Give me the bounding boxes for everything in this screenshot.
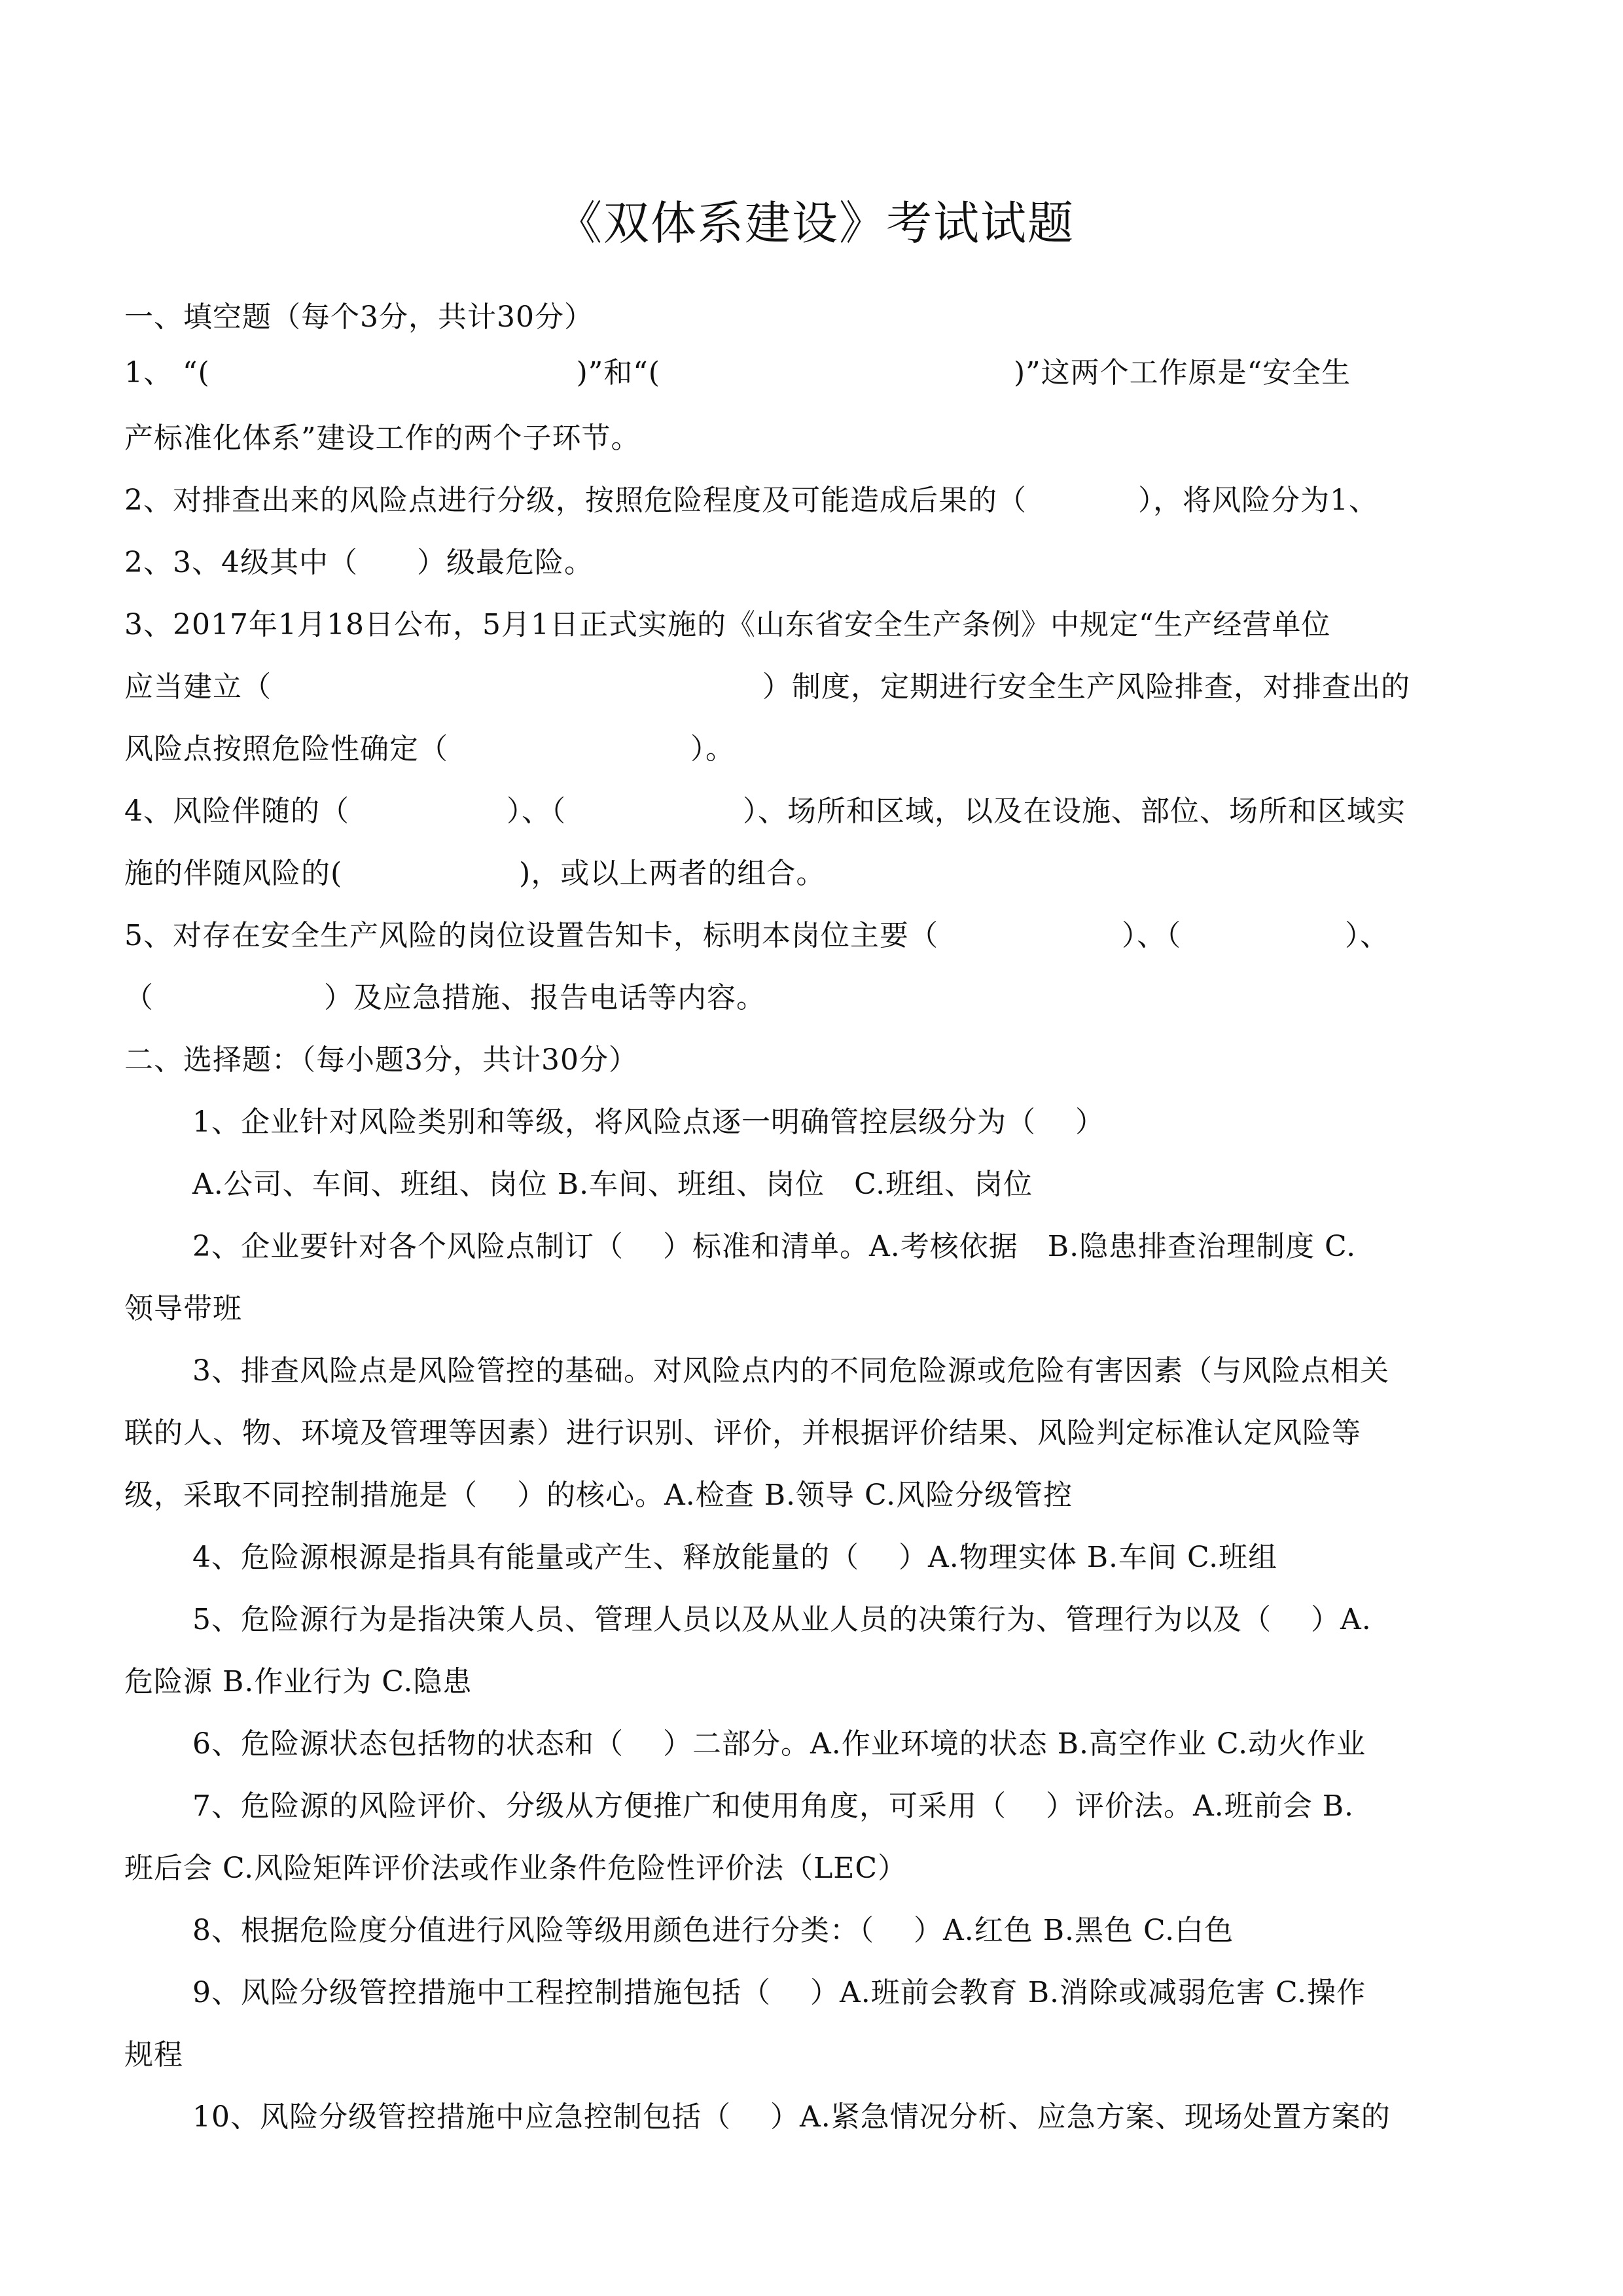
choice-question-line: 领导带班: [124, 1289, 1507, 1329]
text-segment: )”和“(: [577, 356, 660, 389]
choice-question-line: 级，采取不同控制措施是（ ）的核心。A.检查 B.领导 C.风险分级管控: [124, 1476, 1507, 1515]
text-segment: )”这两个工作原是“安全生: [1014, 356, 1351, 389]
text-segment: （: [124, 981, 154, 1014]
choice-question-line: 3、排查风险点是风险管控的基础。对风险点内的不同危险源或危险有害因素（与风险点相…: [124, 1352, 1575, 1391]
text-segment: )，或以上两者的组合。: [519, 857, 825, 890]
choice-question-line: 6、危险源状态包括物的状态和（ ）二部分。A.作业环境的状态 B.高空作业 C.…: [124, 1725, 1575, 1764]
text-segment: ）、（: [1122, 919, 1181, 952]
fill-question-5-line2: （）及应急措施、报告电话等内容。: [124, 978, 1507, 1018]
choice-question-line: 联的人、物、环境及管理等因素）进行识别、评价，并根据评价结果、风险判定标准认定风…: [124, 1414, 1507, 1453]
text-segment: 风险点按照危险性确定（: [124, 732, 448, 766]
choice-question-line: 班后会 C.风险矩阵评价法或作业条件危险性评价法（LEC）: [124, 1849, 1507, 1888]
text-segment: 1、 “(: [124, 356, 210, 389]
choice-question-line: 5、危险源行为是指决策人员、管理人员以及从业人员的决策行为、管理行为以及（ ）A…: [124, 1600, 1575, 1640]
fill-question-1-line2: 产标准化体系”建设工作的两个子环节。: [124, 419, 1507, 458]
fill-question-1-line1: 1、 “()”和“()”这两个工作原是“安全生: [124, 353, 1507, 393]
text-segment: ）、场所和区域，以及在设施、部位、场所和区域实: [743, 795, 1406, 828]
text-segment: 5、对存在安全生产风险的岗位设置告知卡，标明本岗位主要（: [124, 919, 938, 952]
text-segment: ）制度，定期进行安全生产风险排查，对排查出的: [762, 670, 1410, 704]
text-segment: ）、: [1345, 919, 1389, 952]
page-title: 《双体系建设》考试试题: [124, 187, 1507, 253]
text-segment: 应当建立（: [124, 670, 272, 704]
fill-question-3-line1: 3、2017年1月18日公布，5月1日正式实施的《山东省安全生产条例》中规定“生…: [124, 605, 1507, 645]
choice-question-line: 2、企业要针对各个风险点制订（ ）标准和清单。A.考核依据 B.隐患排查治理制度…: [124, 1227, 1575, 1266]
choice-question-line: 9、风险分级管控措施中工程控制措施包括（ ）A.班前会教育 B.消除或减弱危害 …: [124, 1973, 1575, 2013]
fill-question-3-line2: 应当建立（）制度，定期进行安全生产风险排查，对排查出的: [124, 668, 1507, 707]
fill-question-2-line1: 2、对排查出来的风险点进行分级，按照危险程度及可能造成后果的（），将风险分为1、: [124, 481, 1507, 520]
choice-question-line: 7、危险源的风险评价、分级从方便推广和使用角度，可采用（ ）评价法。A.班前会 …: [124, 1787, 1575, 1826]
choice-question-line: 危险源 B.作业行为 C.隐患: [124, 1662, 1507, 1702]
section2-heading: 二、选择题：（每小题3分，共计30分）: [124, 1041, 1507, 1080]
text-segment: 施的伴随风险的(: [124, 857, 342, 890]
choice-question-line: 4、危险源根源是指具有能量或产生、释放能量的（ ）A.物理实体 B.车间 C.班…: [124, 1538, 1575, 1577]
fill-question-4-line1: 4、风险伴随的（）、（）、场所和区域，以及在设施、部位、场所和区域实: [124, 792, 1507, 831]
text-segment: ），将风险分为1、: [1138, 484, 1378, 517]
choice-question-line: 规程: [124, 2036, 1507, 2075]
choice-question-line: 10、风险分级管控措施中应急控制包括（ ）A.紧急情况分析、应急方案、现场处置方…: [124, 2098, 1575, 2137]
text-segment: ）级最危险。: [417, 546, 594, 579]
text-segment: ）。: [690, 732, 735, 766]
choice-question-line: 1、企业针对风险类别和等级，将风险点逐一明确管控层级分为（ ）: [124, 1103, 1575, 1142]
fill-question-5-line1: 5、对存在安全生产风险的岗位设置告知卡，标明本岗位主要（）、（）、: [124, 916, 1507, 956]
text-segment: 2、对排查出来的风险点进行分级，按照危险程度及可能造成后果的（: [124, 484, 1027, 517]
choice-question-line: A.公司、车间、班组、岗位 B.车间、班组、岗位 C.班组、岗位: [124, 1165, 1575, 1204]
choice-question-line: 8、根据危险度分值进行风险等级用颜色进行分类：（ ）A.红色 B.黑色 C.白色: [124, 1911, 1575, 1950]
fill-question-2-line2: 2、3、4级其中（）级最危险。: [124, 543, 1507, 583]
text-segment: ）及应急措施、报告电话等内容。: [324, 981, 766, 1014]
fill-question-3-line3: 风险点按照危险性确定（）。: [124, 730, 1507, 769]
fill-question-4-line2: 施的伴随风险的()，或以上两者的组合。: [124, 854, 1507, 893]
text-segment: 2、3、4级其中（: [124, 546, 358, 579]
text-segment: 4、风险伴随的（: [124, 795, 349, 828]
section1-heading: 一、填空题（每个3分，共计30分）: [124, 298, 1507, 337]
text-segment: ）、（: [507, 795, 566, 828]
